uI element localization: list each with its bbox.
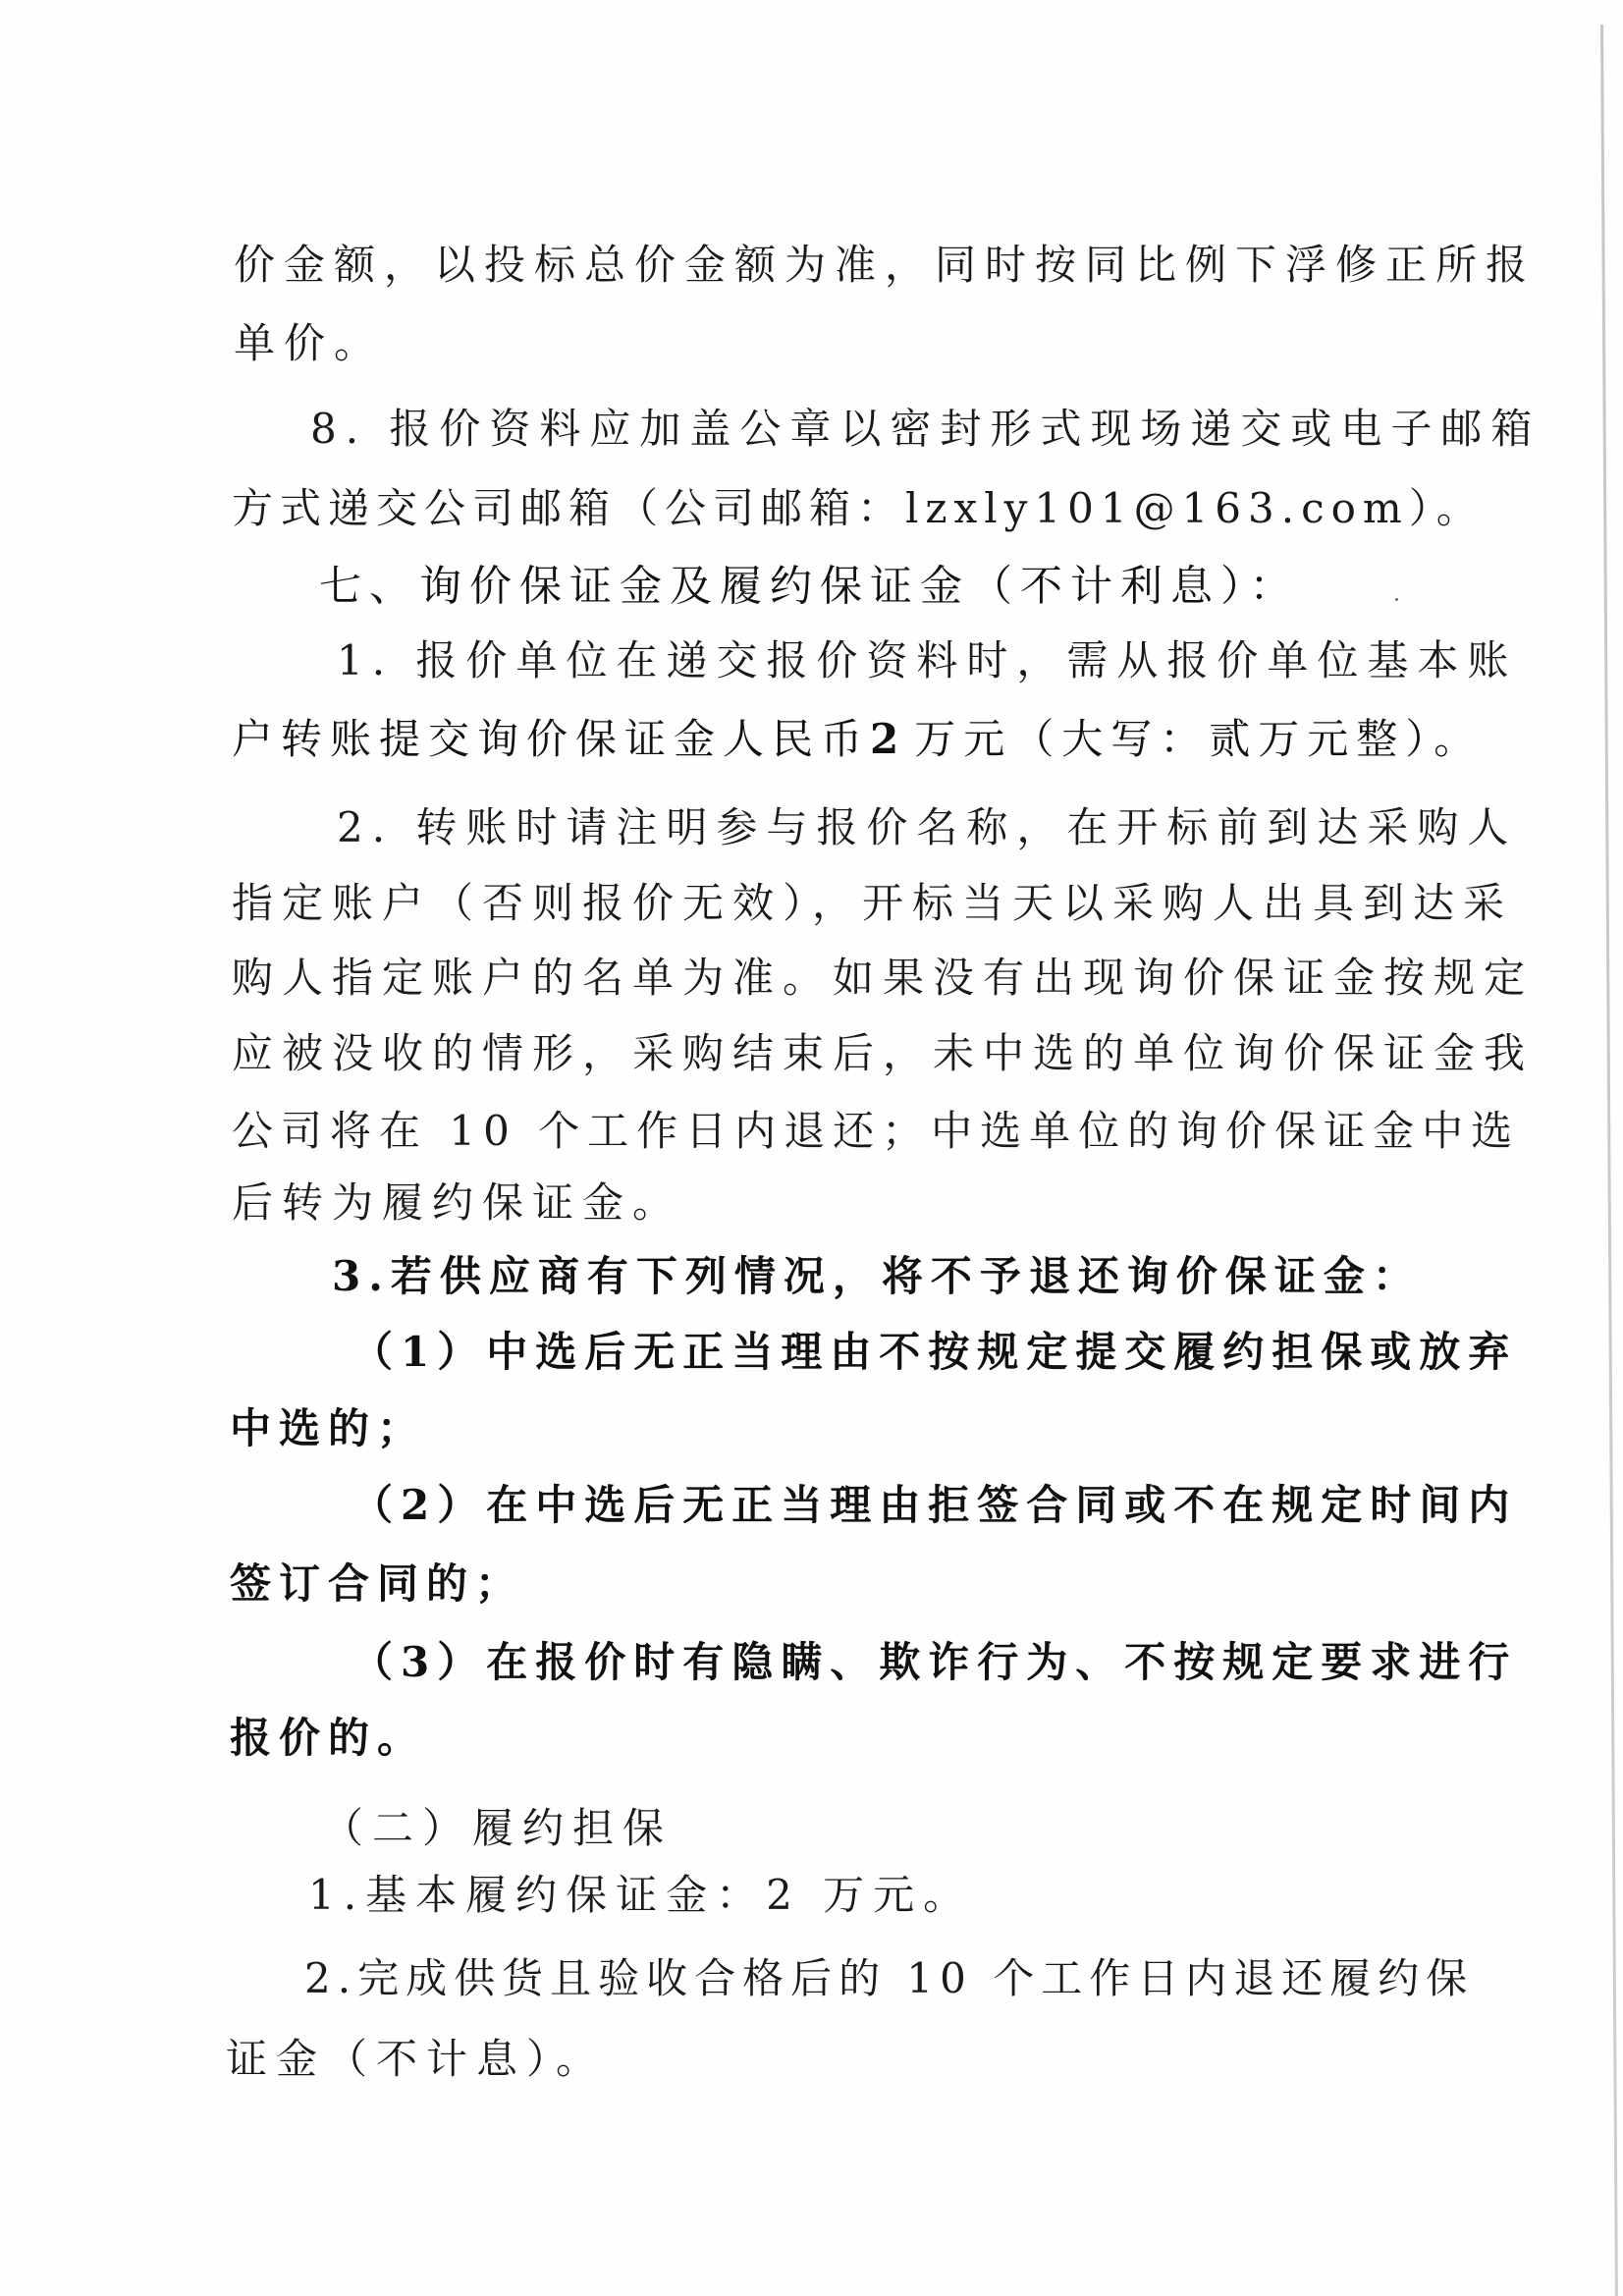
forfeit-condition-2-cont: 签订合同的； (230, 1563, 524, 1605)
scan-speck (1395, 598, 1398, 601)
body-line: 应被没收的情形，采购结束后，未中选的单位询价保证金我 (232, 1033, 1534, 1074)
document-page: 价金额，以投标总价金额为准，同时按同比例下浮修正所报 单价。 8. 报价资料应加… (0, 0, 1623, 2296)
deposit-item-1-line: 1. 报价单位在递交报价资料时，需从报价单位基本账 (337, 640, 1517, 682)
forfeit-condition-1: （1）中选后无正当理由不按规定提交履约担保或放弃 (352, 1332, 1517, 1373)
deposit-item-2-line: 2. 转账时请注明参与报价名称，在开标前到达采购人 (337, 807, 1517, 848)
scan-edge-line (1600, 25, 1618, 2296)
performance-item-2-cont: 证金（不计息）。 (226, 2039, 606, 2080)
body-line: 价金额，以投标总价金额为准，同时按同比例下浮修正所报 (234, 245, 1536, 286)
body-line: 后转为履约保证金。 (232, 1182, 682, 1224)
deposit-amount-line: 户转账提交询价保证金人民币2万元（大写：贰万元整）。 (232, 719, 1483, 760)
forfeit-condition-3-cont: 报价的。 (230, 1718, 426, 1759)
body-line: 指定账户（否则报价无效），开标当天以采购人出具到达采 (232, 883, 1513, 924)
subsection-heading-performance-guarantee: （二）履约担保 (322, 1808, 673, 1849)
forfeit-condition-3: （3）在报价时有隐瞒、欺诈行为、不按规定要求进行 (352, 1642, 1517, 1683)
forfeit-condition-1-cont: 中选的； (230, 1408, 426, 1449)
body-line: 公司将在 10 个工作日内退还；中选单位的询价保证金中选 (232, 1111, 1520, 1152)
deposit-amount-prefix: 户转账提交询价保证金人民币 (232, 715, 870, 763)
performance-item-1: 1.基本履约保证金：2 万元。 (308, 1875, 973, 1916)
forfeit-conditions-heading: 3.若供应商有下列情况，将不予退还询价保证金： (332, 1256, 1422, 1297)
company-email-line: 方式递交公司邮箱（公司邮箱：lzxly101@163.com）。 (232, 488, 1485, 529)
body-line: 购人指定账户的名单为准。如果没有出现询价保证金按规定 (232, 957, 1534, 999)
body-line: 单价。 (234, 323, 384, 364)
forfeit-condition-2: （2）在中选后无正当理由拒签合同或不在规定时间内 (352, 1485, 1517, 1526)
item-8-line: 8. 报价资料应加盖公章以密封形式现场递交或电子邮箱 (310, 409, 1541, 450)
section-heading-seven: 七、询价保证金及履约保证金（不计利息）： (319, 567, 1300, 609)
deposit-amount-suffix: 万元（大写：贰万元整）。 (914, 715, 1483, 763)
performance-item-2: 2.完成供货且验收合格后的 10 个工作日内退还履约保 (304, 1958, 1474, 1999)
deposit-amount-value: 2 (870, 715, 906, 763)
